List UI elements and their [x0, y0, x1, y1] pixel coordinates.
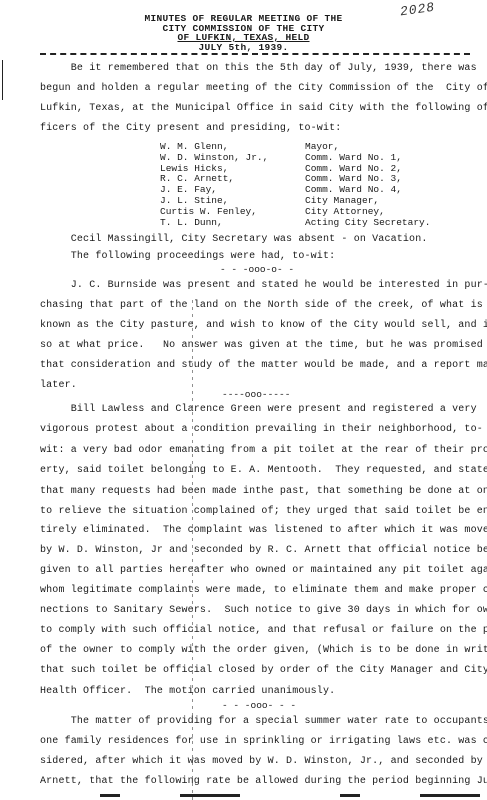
- paragraph-line: that many requests had been made inthe p…: [40, 486, 487, 498]
- paragraph-line: that such toilet be official closed by o…: [40, 665, 487, 677]
- paragraph-line: known as the City pasture, and wish to k…: [40, 320, 487, 332]
- paragraph-line: J. C. Burnside was present and stated he…: [40, 280, 487, 292]
- header-divider: [40, 53, 470, 55]
- document-page: 2028 MINUTES OF REGULAR MEETING OF THE C…: [0, 0, 487, 800]
- paragraph-line: by W. D. Winston, Jr and seconded by R. …: [40, 545, 487, 557]
- intro-line: ficers of the City present and presiding…: [40, 123, 341, 135]
- roster-row: Curtis W. Fenley, City Attorney,: [160, 207, 430, 218]
- section-separator: ----ooo-----: [222, 389, 290, 400]
- paragraph-line: that consideration and study of the matt…: [40, 360, 487, 372]
- intro-line: Be it remembered that on this the 5th da…: [40, 63, 477, 75]
- heading-line-4: JULY 5th, 1939.: [0, 43, 487, 53]
- scan-fold-line: [192, 300, 193, 800]
- paragraph-line: chasing that part of the land on the Nor…: [40, 300, 483, 312]
- paragraph-line: wit: a very bad odor emanating from a pi…: [40, 445, 487, 457]
- paragraph-line: sidered, after which it was moved by W. …: [40, 756, 487, 768]
- absence-note: Cecil Massingill, City Secretary was abs…: [40, 234, 428, 246]
- officer-title: City Attorney,: [305, 207, 385, 218]
- paragraph-line: whom legitimate complaints were made, to…: [40, 585, 487, 597]
- roster-row: T. L. Dunn, Acting City Secretary.: [160, 218, 430, 229]
- paragraph-line: vigorous protest about a condition preva…: [40, 424, 483, 436]
- intro-line: Lufkin, Texas, at the Municipal Office i…: [40, 103, 487, 115]
- officer-title: Comm. Ward No. 1,: [305, 153, 402, 164]
- section-separator: - - -ooo-o- -: [220, 264, 294, 275]
- paragraph-line: later.: [40, 380, 77, 392]
- paragraph-line: Bill Lawless and Clarence Green were pre…: [40, 404, 477, 416]
- paragraph-line: of the owner to comply with the order gi…: [40, 645, 487, 657]
- paragraph-line: The matter of providing for a special su…: [40, 716, 487, 728]
- paragraph-line: so at what price. No answer was given at…: [40, 340, 483, 352]
- paragraph-line: to relieve the situation complained of; …: [40, 506, 487, 518]
- paragraph-line: Health Officer. The motion carried unani…: [40, 686, 335, 698]
- officer-name: W. D. Winston, Jr.,: [160, 153, 305, 164]
- roster-row: W. D. Winston, Jr., Comm. Ward No. 1,: [160, 153, 430, 164]
- paragraph-line: to comply with such official notice, and…: [40, 625, 487, 637]
- minutes-heading: MINUTES OF REGULAR MEETING OF THE CITY C…: [0, 14, 487, 52]
- paragraph-line: erty, said toilet belonging to E. A. Men…: [40, 465, 487, 477]
- paragraph-line: nections to Sanitary Sewers. Such notice…: [40, 605, 487, 617]
- officer-name: Curtis W. Fenley,: [160, 207, 305, 218]
- officer-name: T. L. Dunn,: [160, 218, 305, 229]
- paragraph-line: tirely eliminated. The complaint was lis…: [40, 525, 487, 537]
- section-separator: - - -ooo- - -: [222, 700, 296, 711]
- intro-line: begun and holden a regular meeting of th…: [40, 83, 487, 95]
- officer-title: Acting City Secretary.: [305, 218, 430, 229]
- margin-mark: [2, 60, 3, 100]
- paragraph-line: Arnett, that the following rate be allow…: [40, 776, 487, 788]
- paragraph-line: given to all parties hereafter who owned…: [40, 565, 487, 577]
- officer-roster: W. M. Glenn, Mayor, W. D. Winston, Jr., …: [160, 142, 430, 228]
- scan-bottom-artifact: [0, 794, 487, 797]
- paragraph-line: one family residences for use in sprinkl…: [40, 736, 487, 748]
- proceedings-intro: The following proceedings were had, to-w…: [40, 251, 335, 263]
